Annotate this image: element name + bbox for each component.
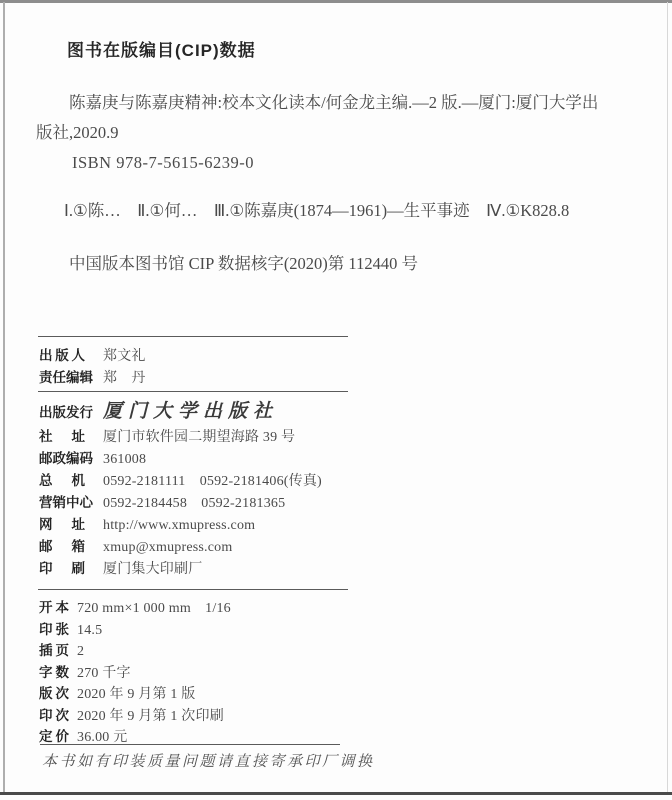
colophon-row-format: 开本 720 mm×1 000 mm 1/16 bbox=[39, 597, 348, 619]
colophon-row-switchboard: 总机 0592-2181111 0592-2181406(传真) bbox=[39, 470, 348, 492]
colophon-row-sheets: 印张 14.5 bbox=[39, 619, 348, 641]
divider-rule-2 bbox=[38, 391, 348, 392]
book-copyright-page: 图书在版编目(CIP)数据 陈嘉庚与陈嘉庚精神:校本文化读本/何金龙主编.—2 … bbox=[0, 0, 672, 800]
row-value: 厦门集大印刷厂 bbox=[103, 559, 202, 581]
scan-edge-bottom bbox=[0, 792, 672, 795]
row-label: 责任编辑 bbox=[39, 367, 85, 389]
website-url: http://www.xmupress.com bbox=[103, 515, 255, 537]
row-label: 印张 bbox=[39, 619, 69, 641]
row-label: 印刷 bbox=[39, 558, 85, 580]
quality-exchange-note: 本书如有印装质量问题请直接寄承印厂调换 bbox=[42, 750, 375, 771]
row-label: 营销中心 bbox=[39, 492, 85, 514]
colophon-row-publishing-house: 出版发行 厦门大学出版社 bbox=[39, 398, 348, 426]
bib-line-1: 陈嘉庚与陈嘉庚精神:校本文化读本/何金龙主编.—2 版.—厦门:厦门大学出 bbox=[36, 88, 661, 118]
classification-line: Ⅰ.①陈… Ⅱ.①何… Ⅲ.①陈嘉庚(1874—1961)—生平事迹 Ⅳ.①K8… bbox=[64, 199, 664, 223]
colophon-row-editor: 责任编辑 郑 丹 bbox=[39, 367, 348, 389]
publisher-calligraphy: 厦门大学出版社 bbox=[103, 398, 278, 426]
divider-rule-1 bbox=[38, 336, 348, 337]
colophon-row-email: 邮箱 xmup@xmupress.com bbox=[39, 536, 348, 558]
colophon-group-specs: 开本 720 mm×1 000 mm 1/16 印张 14.5 插页 2 字数 … bbox=[39, 597, 348, 748]
row-value: 0592-2184458 0592-2181365 bbox=[103, 493, 285, 515]
row-label: 邮箱 bbox=[39, 536, 85, 558]
colophon-row-impression: 印次 2020 年 9 月第 1 次印刷 bbox=[39, 705, 348, 727]
colophon-group-publisher: 出版发行 厦门大学出版社 社址 厦门市软件园二期望海路 39 号 邮政编码 36… bbox=[39, 398, 348, 580]
row-label: 印次 bbox=[39, 705, 69, 727]
bibliographic-description: 陈嘉庚与陈嘉庚精神:校本文化读本/何金龙主编.—2 版.—厦门:厦门大学出 版社… bbox=[36, 88, 661, 178]
row-value: 270 千字 bbox=[77, 663, 131, 685]
row-value: 36.00 元 bbox=[77, 727, 127, 749]
row-value: 2020 年 9 月第 1 版 bbox=[77, 684, 196, 706]
row-value: 郑文礼 bbox=[103, 346, 146, 368]
colophon-row-marketing: 营销中心 0592-2184458 0592-2181365 bbox=[39, 492, 348, 514]
cip-header: 图书在版编目(CIP)数据 bbox=[67, 36, 256, 61]
row-value: 0592-2181111 0592-2181406(传真) bbox=[103, 471, 322, 493]
row-value: 14.5 bbox=[77, 620, 102, 642]
row-label: 版次 bbox=[39, 683, 69, 705]
bib-line-2: 版社,2020.9 bbox=[36, 118, 661, 148]
scan-edge-top bbox=[0, 0, 672, 3]
row-value: 郑 丹 bbox=[103, 368, 146, 390]
colophon-row-website: 网址 http://www.xmupress.com bbox=[39, 514, 348, 536]
row-label: 社址 bbox=[39, 426, 85, 448]
row-label: 插页 bbox=[39, 640, 69, 662]
row-label: 网址 bbox=[39, 514, 85, 536]
row-label: 字数 bbox=[39, 662, 69, 684]
colophon-row-edition: 版次 2020 年 9 月第 1 版 bbox=[39, 683, 348, 705]
row-value: 厦门市软件园二期望海路 39 号 bbox=[103, 427, 295, 449]
row-value: 720 mm×1 000 mm 1/16 bbox=[77, 598, 231, 620]
colophon-row-address: 社址 厦门市软件园二期望海路 39 号 bbox=[39, 426, 348, 448]
row-label: 出版人 bbox=[39, 345, 85, 367]
row-label: 开本 bbox=[39, 597, 69, 619]
colophon-row-wordcount: 字数 270 千字 bbox=[39, 662, 348, 684]
row-label: 出版发行 bbox=[39, 399, 85, 427]
divider-rule-4 bbox=[40, 744, 340, 745]
scan-edge-left bbox=[3, 2, 5, 792]
colophon-row-publisher-person: 出版人 郑文礼 bbox=[39, 345, 348, 367]
row-value: 361008 bbox=[103, 449, 146, 471]
row-value: 2020 年 9 月第 1 次印刷 bbox=[77, 706, 224, 728]
scan-edge-right bbox=[667, 2, 668, 792]
cip-record-line: 中国版本图书馆 CIP 数据核字(2020)第 112440 号 bbox=[69, 252, 418, 276]
colophon-row-printer: 印刷 厦门集大印刷厂 bbox=[39, 558, 348, 580]
divider-rule-3 bbox=[38, 589, 348, 590]
colophon-group-staff: 出版人 郑文礼 责任编辑 郑 丹 bbox=[39, 345, 348, 388]
row-value: 2 bbox=[77, 641, 84, 663]
email-address: xmup@xmupress.com bbox=[103, 537, 232, 559]
colophon-row-postcode: 邮政编码 361008 bbox=[39, 448, 348, 470]
row-label: 总机 bbox=[39, 470, 85, 492]
isbn-line: ISBN 978-7-5615-6239-0 bbox=[36, 148, 661, 178]
row-label: 邮政编码 bbox=[39, 448, 85, 470]
colophon-row-inserts: 插页 2 bbox=[39, 640, 348, 662]
